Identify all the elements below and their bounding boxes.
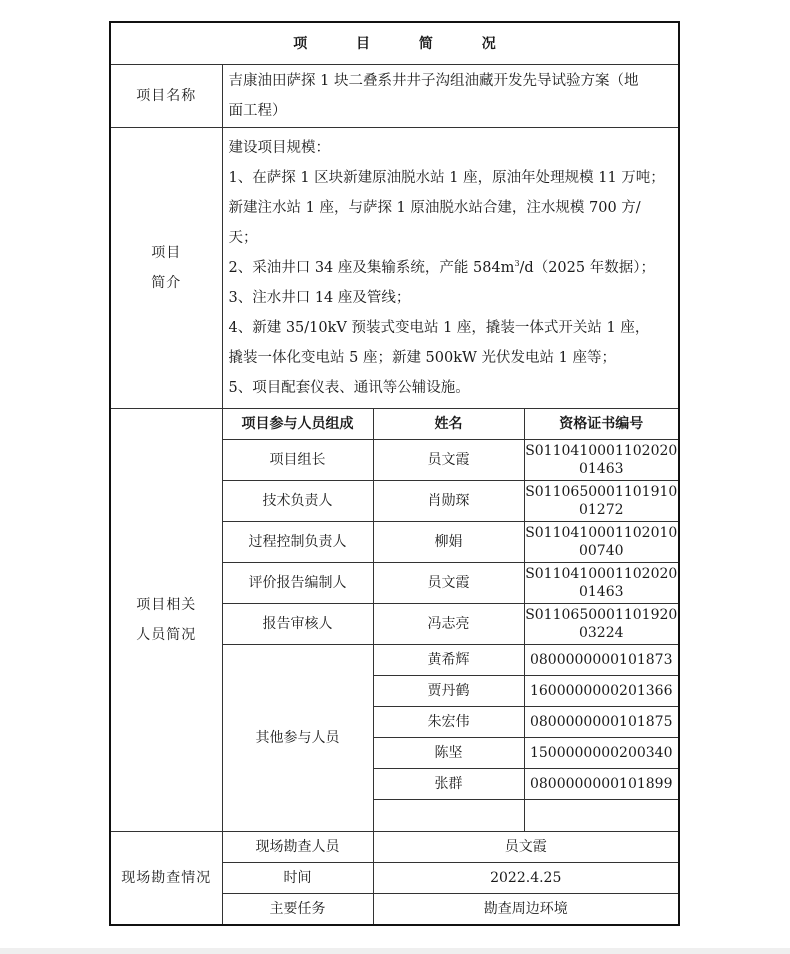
survey-value: 员文霞 — [373, 832, 679, 863]
cert-line: S0110650001101910 — [525, 483, 679, 501]
cert-cell-empty — [524, 800, 679, 832]
role-cell: 技术负责人 — [222, 481, 373, 522]
project-overview-table: 项 目 简 况 项目名称 吉康油田萨探 1 块二叠系井井子沟组油藏开发先导试验方… — [109, 21, 680, 926]
name-cell: 柳娟 — [373, 522, 524, 563]
intro-line: 5、项目配套仪表、通讯等公辅设施。 — [229, 373, 673, 403]
intro-line-capacity-tail: /d（2025 年数据）； — [520, 260, 655, 276]
cert-cell: S011041000110201000740 — [524, 522, 679, 563]
cert-cell: S011041000110202001463 — [524, 563, 679, 604]
survey-key: 现场勘查人员 — [222, 832, 373, 863]
cert-line: 01463 — [525, 583, 679, 601]
project-name-line: 面工程） — [229, 96, 673, 126]
intro-line: 4、新建 35/10kV 预装式变电站 1 座，撬装一体式开关站 1 座， — [229, 313, 673, 343]
personnel-label-line: 人员简况 — [111, 620, 222, 650]
name-cell: 张群 — [373, 769, 524, 800]
cert-line: 00740 — [525, 542, 679, 560]
table-title-text: 项 目 简 况 — [271, 36, 518, 52]
survey-label: 现场勘查情况 — [110, 832, 222, 925]
intro-line-capacity: 2、采油井口 34 座及集输系统，产能 584m3/d（2025 年数据）； — [229, 253, 673, 283]
cert-cell: S011041000110202001463 — [524, 440, 679, 481]
survey-row: 现场勘查情况 现场勘查人员 员文霞 — [110, 832, 679, 863]
cert-line: S0110650001101920 — [525, 606, 679, 624]
name-cell: 黄希辉 — [373, 645, 524, 676]
intro-line: 1、在萨探 1 区块新建原油脱水站 1 座，原油年处理规模 11 万吨； — [229, 163, 673, 193]
cert-line: S0110410001102020 — [525, 565, 679, 583]
name-cell: 冯志亮 — [373, 604, 524, 645]
cert-cell: S011065000110191001272 — [524, 481, 679, 522]
cert-line: 01272 — [525, 501, 679, 519]
project-intro-content: 建设项目规模： 1、在萨探 1 区块新建原油脱水站 1 座，原油年处理规模 11… — [222, 128, 679, 409]
others-label: 其他参与人员 — [222, 645, 373, 832]
personnel-label: 项目相关 人员简况 — [110, 409, 222, 832]
intro-line: 新建注水站 1 座，与萨探 1 原油脱水站合建，注水规模 700 方/ — [229, 193, 673, 223]
intro-line: 建设项目规模： — [229, 133, 673, 163]
survey-key: 主要任务 — [222, 894, 373, 925]
cert-cell: 0800000000101875 — [524, 707, 679, 738]
cert-line: 03224 — [525, 624, 679, 642]
page-bottom-edge — [0, 948, 790, 954]
survey-value: 勘查周边环境 — [373, 894, 679, 925]
intro-line: 3、注水井口 14 座及管线； — [229, 283, 673, 313]
role-cell: 报告审核人 — [222, 604, 373, 645]
survey-key: 时间 — [222, 863, 373, 894]
intro-line-capacity-head: 2、采油井口 34 座及集输系统，产能 584m — [229, 260, 515, 276]
cert-cell: 0800000000101899 — [524, 769, 679, 800]
cert-cell: 1500000000200340 — [524, 738, 679, 769]
project-name-label: 项目名称 — [110, 65, 222, 128]
cert-line: 01463 — [525, 460, 679, 478]
column-header-cert: 资格证书编号 — [524, 409, 679, 440]
table-title: 项 目 简 况 — [110, 22, 679, 65]
survey-value: 2022.4.25 — [373, 863, 679, 894]
project-intro-label-line: 简介 — [111, 268, 222, 298]
name-cell: 贾丹鹤 — [373, 676, 524, 707]
column-header-role: 项目参与人员组成 — [222, 409, 373, 440]
name-cell: 朱宏伟 — [373, 707, 524, 738]
role-cell: 过程控制负责人 — [222, 522, 373, 563]
project-name-line: 吉康油田萨探 1 块二叠系井井子沟组油藏开发先导试验方案（地 — [229, 66, 673, 96]
role-cell: 评价报告编制人 — [222, 563, 373, 604]
name-cell: 员文霞 — [373, 440, 524, 481]
cert-cell: 1600000000201366 — [524, 676, 679, 707]
intro-line: 天； — [229, 223, 673, 253]
name-cell: 员文霞 — [373, 563, 524, 604]
project-name-value: 吉康油田萨探 1 块二叠系井井子沟组油藏开发先导试验方案（地 面工程） — [222, 65, 679, 128]
intro-line: 撬装一体化变电站 5 座；新建 500kW 光伏发电站 1 座等； — [229, 343, 673, 373]
name-cell-empty — [373, 800, 524, 832]
cert-line: S0110410001102020 — [525, 442, 679, 460]
column-header-name: 姓名 — [373, 409, 524, 440]
name-cell: 陈坚 — [373, 738, 524, 769]
project-intro-label: 项目 简介 — [110, 128, 222, 409]
project-intro-label-line: 项目 — [111, 238, 222, 268]
name-cell: 肖勋琛 — [373, 481, 524, 522]
cert-line: S0110410001102010 — [525, 524, 679, 542]
cert-cell: 0800000000101873 — [524, 645, 679, 676]
cert-cell: S011065000110192003224 — [524, 604, 679, 645]
role-cell: 项目组长 — [222, 440, 373, 481]
personnel-label-line: 项目相关 — [111, 590, 222, 620]
